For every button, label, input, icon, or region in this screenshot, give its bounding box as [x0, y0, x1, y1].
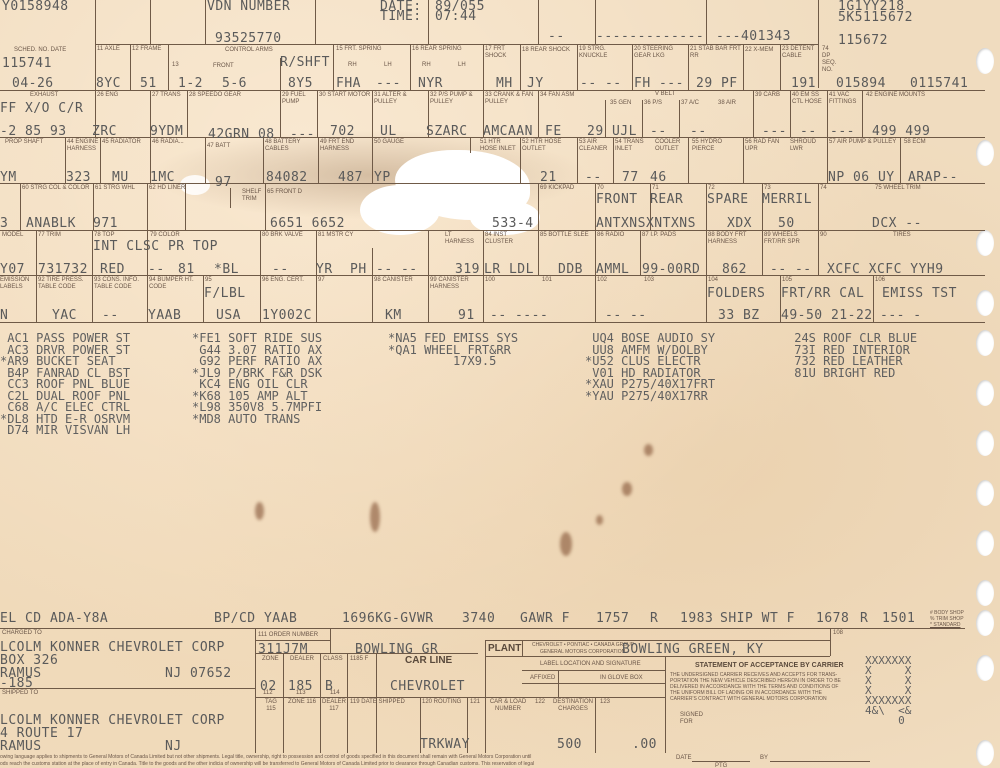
cooler-outlet-value: 46: [650, 171, 667, 184]
options-column-1: AC1 PASS POWER ST AC3 DRVR POWER ST*AR9 …: [0, 333, 130, 437]
label-104: 104: [708, 277, 718, 284]
color-value-2: 81: [178, 263, 195, 276]
color-value-3: *BL: [214, 263, 239, 276]
label-trans-inlet: 54 TRANS INLET: [615, 139, 651, 153]
binder-hole: [976, 290, 994, 316]
control-arm-front-2: 5-6: [222, 77, 247, 90]
gawr-r-label: R: [650, 612, 658, 625]
signed-for-label: SIGNED FOR: [680, 712, 710, 726]
label-hd-liner: 62 HD LINER: [149, 185, 185, 192]
options-column-2: *FE1 SOFT RIDE SUS G44 3.07 RATIO AX G92…: [192, 333, 322, 425]
tire-press-value: YAC: [52, 309, 77, 322]
merril-value: 50: [778, 217, 795, 230]
label-top: 78 TOP: [94, 232, 114, 239]
car-load-number-label: CAR & LOAD NUMBER: [488, 699, 528, 713]
ps-value: --: [650, 125, 667, 138]
binder-hole: [976, 530, 994, 556]
label-em-ctl: 40 EM SS CTL HOSE: [792, 92, 826, 106]
n95-value: USA: [216, 309, 241, 322]
air-cleaner-value: --: [585, 171, 602, 184]
spare-label: SPARE: [707, 193, 749, 206]
rear-label: REAR: [650, 193, 683, 206]
carrier-statement-title: STATEMENT OF ACCEPTANCE BY CARRIER: [695, 662, 844, 669]
binder-hole: [976, 430, 994, 456]
charged-to-code: -185: [0, 677, 33, 690]
order-number-label: 111 ORDER NUMBER: [258, 632, 318, 639]
sched-date: 04-26: [12, 77, 54, 90]
label-v-belt: V BELT: [655, 91, 675, 98]
carrier-stamp: XXXXXXXX XX XX XXXXXXXX4&\ <& 0: [865, 656, 911, 726]
label-stab-bar: 21 STAB BAR FRT RR: [690, 46, 742, 60]
options-column-4: UQ4 BOSE AUDIO SY UU8 AMFM W/DOLBY*U52 C…: [585, 333, 715, 402]
blank-value: -- --: [376, 263, 418, 276]
serial-number: 115672: [838, 34, 888, 47]
label-122: 122: [535, 699, 545, 706]
vehicle-invoice-document: Y0158948 VDN NUMBER 93525770 DATE: 89/05…: [0, 0, 1000, 768]
option-item: *MD8 AUTO TRANS: [192, 414, 322, 426]
gen-value: 29 UJL: [587, 125, 637, 138]
stain: [370, 502, 380, 532]
frt-end-harness-value: 487: [338, 171, 363, 184]
label-radiator-2: 46 RADIA...: [152, 139, 184, 146]
n100-value: -- ----: [490, 309, 548, 322]
label-trim: 77 TRIM: [38, 232, 61, 239]
label-shroud-lwr: SHROUD LWR: [790, 139, 826, 153]
color-value-1: --: [148, 263, 165, 276]
label-htr-hose-inlet: 51 HTR HOSE INLET: [480, 139, 518, 153]
option-item: 81U BRIGHT RED: [787, 368, 917, 380]
binder-hole: [976, 480, 994, 506]
label-trans: 27 TRANS: [152, 92, 181, 99]
gvwr-value: 3740: [462, 612, 495, 625]
label-radiator: 45 RADIATOR: [102, 139, 141, 146]
label-canister: 98 CANISTER: [374, 277, 413, 284]
label-lh: LH: [384, 62, 392, 69]
label-front-d: 65 FRONT D: [267, 189, 307, 196]
n123-value: .00: [632, 738, 657, 751]
control-arm-front-1: 1-2: [178, 77, 203, 90]
binder-hole: [976, 230, 994, 256]
stain: [560, 532, 572, 556]
car-line-value: CHEVROLET: [390, 680, 465, 693]
label-102: 102: [597, 277, 607, 284]
label-72: 72: [708, 185, 715, 192]
vdn-number: 93525770: [215, 32, 282, 45]
label-bottle: 85 BOTTLE SLEE: [540, 232, 594, 239]
label-engine-mounts: 42 ENGINE MOUNTS: [866, 92, 925, 99]
label-frt-end-harness: 49 FRT END HARNESS: [320, 139, 372, 153]
n102-value: -- --: [605, 309, 647, 322]
stamp-line: 0: [865, 716, 911, 726]
harness-value: 319: [455, 263, 480, 276]
seq-1: 015894: [836, 77, 886, 90]
footer-legal-line-2: ods reach the customs station at the pla…: [0, 761, 534, 767]
ship-r-label: R: [860, 612, 868, 625]
vdn-label: VDN NUMBER: [207, 0, 290, 13]
label-x-mem: 22 X-MEM: [745, 47, 773, 54]
bottle-value: DDB: [558, 263, 583, 276]
routing-value: TRKWAY: [420, 738, 470, 751]
label-strg-col: 60 STRG COL & COLOR: [22, 185, 92, 192]
fan-asm-value: FE: [545, 125, 562, 138]
label-bumper: 94 BUMPER HT. CODE: [149, 277, 201, 291]
bp-cd: BP/CD YAAB: [214, 612, 297, 625]
rear-shock-value: JY: [527, 77, 544, 90]
label-eng: 26 ENG: [97, 92, 118, 99]
binder-hole: [976, 380, 994, 406]
label-dp-seq: 74 DP SEQ. NO.: [822, 46, 836, 74]
trans-inlet-value: 77: [622, 171, 639, 184]
inst-cluster-value: LR LDL: [484, 263, 534, 276]
label-kickpad: 69 KICKPAD: [540, 185, 574, 192]
plant-name: BOWLING GREEN, KY: [622, 643, 764, 656]
destination-charges-label: DESTINATION CHARGES: [553, 699, 593, 713]
label-ps: 36 P/S: [644, 100, 662, 107]
option-item: 17X9.5: [388, 356, 518, 368]
label-tires: TIRES: [893, 232, 911, 239]
label-detent-cable: 23 DETENT CABLE: [782, 46, 818, 60]
f-lbl-value: F/LBL: [204, 287, 246, 300]
label-mstr-cy: 81 MSTR CY: [318, 232, 353, 239]
ac-value: --: [690, 125, 707, 138]
label-battery-cables: 48 BATTERY CABLES: [265, 139, 317, 153]
label-wheel-trim: 75 WHEEL TRIM: [875, 185, 921, 192]
car-line-label: CAR LINE: [405, 655, 452, 666]
label-lh: LH: [458, 62, 466, 69]
exhaust-value-2: -2 85 93: [0, 125, 67, 138]
label-113: 113: [296, 690, 306, 697]
time-label: TIME:: [380, 10, 422, 23]
zone-116-label: ZONE 116: [288, 699, 316, 706]
label-fuel-pump: 29 FUEL PUMP: [282, 92, 316, 106]
label-body-frt-harness: 88 BODY FRT HARNESS: [708, 232, 760, 246]
carb-value: ---: [762, 125, 787, 138]
folders-value: 33 BZ: [718, 309, 760, 322]
label-strg-whl: 61 STRG WHL: [95, 185, 135, 192]
exhaust-value-1: FF X/O C/R: [0, 102, 83, 115]
canister-value: KM: [385, 309, 402, 322]
binder-hole: [976, 140, 994, 166]
order-number: 311J7M: [258, 643, 308, 656]
label-crank-pulley: 33 CRANK & FAN PULLEY: [485, 92, 537, 106]
frt-spring-lh: ---: [376, 77, 401, 90]
model-value: Y07: [0, 263, 25, 276]
rear-spring-rh: NYR: [418, 77, 443, 90]
by-label: BY: [760, 755, 768, 762]
label-73: 73: [764, 185, 771, 192]
label-70: 70: [597, 185, 604, 192]
frt-rr-cal-value: 49-50 21-22: [781, 309, 873, 322]
date-signature-line[interactable]: [692, 761, 750, 762]
charged-to-label: CHARGED TO: [2, 630, 42, 637]
seq-2: 0115741: [910, 77, 968, 90]
r-shft-value: 8Y5: [288, 77, 313, 90]
plant-label: PLANT: [488, 643, 521, 654]
ip-pads-value: 99-00RD: [642, 263, 700, 276]
stain: [622, 482, 632, 496]
label-95: 95: [205, 277, 212, 284]
label-batt: 47 BATT: [207, 143, 230, 150]
emission-value: N: [0, 309, 8, 322]
label-speedo: 28 SPEEDO GEAR: [189, 92, 241, 99]
label-location-signature: LABEL LOCATION AND SIGNATURE: [540, 661, 641, 668]
sched-no: 115741: [2, 57, 52, 70]
time-value: 07:44: [435, 10, 477, 23]
label-13: 13: [172, 62, 179, 69]
label-glove-box: IN GLOVE BOX: [600, 675, 643, 682]
front-label: FRONT: [596, 193, 638, 206]
label-frt-spring: 15 FRT. SPRING: [336, 46, 382, 53]
charged-to-state-zip: NJ 07652: [165, 667, 232, 680]
label-frame: 12 FRAME: [132, 46, 161, 53]
tires-value: XCFC XCFC YYH9: [827, 263, 944, 276]
label-axle: 11 AXLE: [97, 46, 120, 53]
seat-belt-value: 6651 6652: [270, 217, 345, 230]
label-exhaust: EXHAUST: [30, 92, 58, 99]
emiss-tst-label: EMISS TST: [882, 287, 957, 300]
tires-front-rear-value: ANTXNSXNTXNS: [596, 217, 696, 230]
stain: [644, 444, 653, 456]
plant-group: CHEVROLET • PONTIAC • CANADA GROUP: [532, 642, 634, 648]
label-rad-fan: 56 RAD FAN UPR: [745, 139, 785, 153]
label-inst-cluster: 84 INST CLUSTER: [485, 232, 535, 246]
label-color: 79 COLOR: [150, 232, 180, 239]
label-front: FRONT: [213, 63, 234, 70]
tag-label: TAG 115: [262, 699, 280, 713]
gvwr-label: 1696KG-GVWR: [342, 612, 434, 625]
binder-hole: [976, 610, 994, 636]
label-engine-harness: 44 ENGINE HARNESS: [67, 139, 99, 153]
stain: [596, 515, 603, 525]
binder-hole: [976, 330, 994, 356]
ptg-label: PTG: [715, 763, 727, 768]
label-rear-spring: 16 REAR SPRING: [412, 46, 462, 53]
battery-cables-value: 84082: [266, 171, 308, 184]
label-1185f: 1185 F: [350, 656, 368, 663]
body-frt-value: 862: [722, 263, 747, 276]
strg-knuckle-value: -- --: [580, 77, 622, 90]
label-97: 97: [318, 277, 325, 284]
label-90: 90: [820, 232, 827, 239]
options-column-5: 24S ROOF CLR BLUE 73I RED INTERIOR 732 R…: [787, 333, 917, 379]
binder-hole: [976, 48, 994, 74]
label-prop-shaft: PROP SHAFT: [5, 139, 43, 146]
color-header: INT CLSC PR TOP: [93, 240, 218, 253]
label-affixed: AFFIXED: [530, 675, 555, 682]
label-model: MODEL: [2, 232, 23, 239]
brk-valve-value: --: [272, 263, 289, 276]
label-tire-press: 92 TIRE PRESS. TABLE CODE: [38, 277, 90, 291]
bumper-value: YAAB: [148, 309, 181, 322]
binder-hole: [976, 740, 994, 766]
label-air-pump: 57 AIR PUMP & PULLEY: [829, 139, 899, 146]
label-sched-no: SCHED. NO. DATE: [14, 47, 66, 54]
strg-col-value: ANABLK: [26, 217, 76, 230]
engine-mounts-value: 499 499: [872, 125, 930, 138]
canister-harness-value: 91: [458, 309, 475, 322]
eng-value: ZRC: [92, 125, 117, 138]
label-cooler-outlet: COOLER OUTLET: [655, 139, 687, 153]
em-ctl-value: --: [800, 125, 817, 138]
option-item: *YAU P275/40X17RR: [585, 391, 715, 403]
footer-legal-line-1: owing language applies to shipments to G…: [0, 754, 531, 760]
air-pump-value: NP 06 UY: [828, 171, 895, 184]
ps-pump-value: SZARC: [426, 125, 468, 138]
label-shelf-trim: SHELF TRIM: [242, 189, 264, 203]
label-74: 74: [820, 185, 827, 192]
date-label: DATE: [676, 755, 692, 762]
label-114: 114: [330, 690, 340, 697]
label-canister-harness: 99 CANISTER HARNESS: [430, 277, 482, 291]
label-ac: 37 A/C: [681, 100, 699, 107]
strg-whl-value: 971: [93, 217, 118, 230]
frame-value: 51: [140, 77, 157, 90]
plant-corp: GENERAL MOTORS CORPORATION: [540, 649, 625, 655]
label-ip-pads: 87 I.P. PADS: [642, 232, 676, 239]
eng-cert-value: 1Y002C: [262, 309, 312, 322]
vin-line-2: 5K5115672: [838, 11, 913, 24]
frt-spring-rh: FHA: [336, 77, 361, 90]
dealer-label: DEALER: [290, 656, 314, 663]
emiss-tst-value: --- -: [880, 309, 922, 322]
binder-hole: [976, 580, 994, 606]
shipped-to-state: NJ: [165, 740, 182, 753]
label-cd: EL CD ADA-Y8A: [0, 612, 108, 625]
ship-wt-label: SHIP WT F: [720, 612, 795, 625]
alter-value: UL: [380, 125, 397, 138]
label-gauge: 50 GAUGE: [374, 139, 414, 146]
label-106: 106: [875, 277, 885, 284]
label-hydro-pierce: 55 HYDRO PIERCE: [692, 139, 742, 153]
binder-hole: [976, 655, 994, 681]
routing-label: 120 ROUTING: [422, 699, 461, 706]
wheels-value: -- --: [770, 263, 812, 276]
strg-col-prefix: 3: [0, 217, 8, 230]
frt-shock-value: MH: [496, 77, 513, 90]
axle-value: 8YC: [96, 77, 121, 90]
mstr-cy-value-1: YR: [316, 263, 333, 276]
wheel-trim-value: DCX --: [872, 217, 922, 230]
htr-hose-outlet-value: 21: [540, 171, 557, 184]
carrier-text-line: CARRIER'S CONTRACT WITH GENERAL MOTORS C…: [670, 696, 841, 702]
r-shft-label: R/SHFT: [280, 56, 330, 69]
label-rear-shock: 18 REAR SHOCK: [522, 47, 570, 54]
mstr-cy-value-2: PH: [350, 263, 367, 276]
zone-label: ZONE: [262, 656, 279, 663]
label-rh: RH: [348, 62, 357, 69]
stab-bar-value: 29 PF: [696, 77, 738, 90]
frt-rr-cal-label: FRT/RR CAL: [781, 287, 864, 300]
options-column-3: *NA5 FED EMISS SYS*QA1 WHEEL FRT&RR 17X9…: [388, 333, 518, 368]
label-strg-knuckle: 19 STRG. KNUCKLE: [579, 46, 631, 60]
trans-value: 9YDM: [150, 125, 183, 138]
label-control-arms: CONTROL ARMS: [225, 47, 273, 54]
vac-value: ---: [830, 125, 855, 138]
gawr-front: 1757: [596, 612, 629, 625]
steering-gear-value: FH ---: [634, 77, 684, 90]
label-brk-valve: 80 BRK VALVE: [262, 232, 303, 239]
kickpad-value: 533-4: [492, 217, 534, 230]
gauge-value: YP: [374, 171, 391, 184]
shipped-to-label: SHIPPED TO: [2, 690, 38, 697]
label-rh: RH: [422, 62, 431, 69]
label-alter-pulley: 31 ALTER & PULLEY: [374, 92, 426, 106]
folders-label: FOLDERS: [707, 287, 765, 300]
cons-info-value: --: [102, 309, 119, 322]
label-steering-gear: 20 STEERING GEAR LKG: [634, 46, 686, 60]
stain: [255, 502, 264, 520]
spare-value: XDX: [727, 217, 752, 230]
label-103: 103: [644, 277, 654, 284]
header-code: ---401343: [716, 30, 791, 43]
label-cons-info: 93 CONS. INFO. TABLE CODE: [94, 277, 146, 291]
gawr-label: GAWR F: [520, 612, 570, 625]
prop-shaft-value: YM: [0, 171, 17, 184]
radiator-value: MU: [112, 171, 129, 184]
by-signature-line[interactable]: [770, 761, 870, 762]
ship-wt-rear: 1501: [882, 612, 915, 625]
label-fan-asm: 34 FAN ASM: [540, 92, 574, 99]
label-eng-cert: 96 ENG. CERT.: [262, 277, 314, 284]
ship-wt-front: 1678: [816, 612, 849, 625]
dealer-117-label: DEALER 117: [320, 699, 348, 713]
label-112: 112: [263, 690, 273, 697]
label-vac-fittings: 41 VAC FITTINGS: [829, 92, 861, 106]
option-item: D74 MIR VISVAN LH: [0, 425, 130, 437]
label-htr-hose-outlet: 52 HTR HOSE OUTLET: [522, 139, 576, 153]
gawr-rear: 1983: [680, 612, 713, 625]
header-dash: --: [548, 30, 565, 43]
label-frt-shock: 17 FRT SHOCK: [485, 46, 519, 60]
label-105: 105: [782, 277, 792, 284]
label-air-cleaner: 53 AIR CLEANER: [579, 139, 613, 153]
document-id: Y0158948: [2, 0, 69, 13]
label-121: 121: [470, 699, 480, 706]
label-101: 101: [542, 277, 552, 284]
crank-value: AMCAAN: [483, 125, 533, 138]
destination-charges-value: 500: [557, 738, 582, 751]
label-air: 38 AIR: [718, 100, 736, 107]
label-71: 71: [652, 185, 659, 192]
radio-value: AMML: [596, 263, 629, 276]
label-123: 123: [600, 699, 610, 706]
label-gen: 35 GEN: [610, 100, 631, 107]
header-dash: -------------: [596, 30, 704, 43]
class-label: CLASS: [323, 656, 343, 663]
label-harness: LT HARNESS: [445, 232, 479, 246]
label-ecm: 58 ECM: [904, 139, 926, 146]
ecm-value: ARAP--: [908, 171, 958, 184]
label-ps-pump: 32 P/S PUMP & PULLEY: [430, 92, 482, 106]
carrier-statement-text: THE UNDERSIGNED CARRIER RECEIVES AND ACC…: [670, 672, 841, 702]
label-radio: 86 RADIO: [597, 232, 624, 239]
label-start-motor: 30 START MOTOR: [319, 92, 371, 99]
detent-value: 191: [791, 77, 816, 90]
label-wheels: 89 WHEELS FRT/RR SPR: [764, 232, 816, 246]
label-carb: 39 CARB: [755, 92, 780, 99]
radiator-2-value: 1MC: [150, 171, 175, 184]
torn-hole: [360, 185, 440, 235]
trim-value: 731732: [38, 263, 88, 276]
label-108: 108: [833, 630, 843, 637]
merril-label: MERRIL: [762, 193, 812, 206]
date-shipped-label: 119 DATE SHIPPED: [350, 699, 405, 706]
start-motor-value: 702: [330, 125, 355, 138]
label-emission-labels: EMISSION LABELS: [0, 277, 35, 291]
top-value: RED: [100, 263, 125, 276]
shipped-to-line-3: RAMUS: [0, 740, 42, 753]
label-100: 100: [485, 277, 495, 284]
